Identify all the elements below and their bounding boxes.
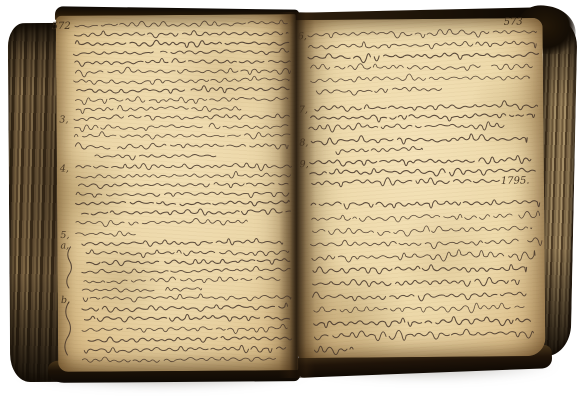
open-manuscript-book-photo: 572 3,4,5,a,b, 573 1795. 6,7,8,9,: [0, 0, 580, 397]
right-page: [295, 18, 546, 358]
book-gutter: [279, 12, 315, 378]
left-page: [56, 14, 298, 372]
